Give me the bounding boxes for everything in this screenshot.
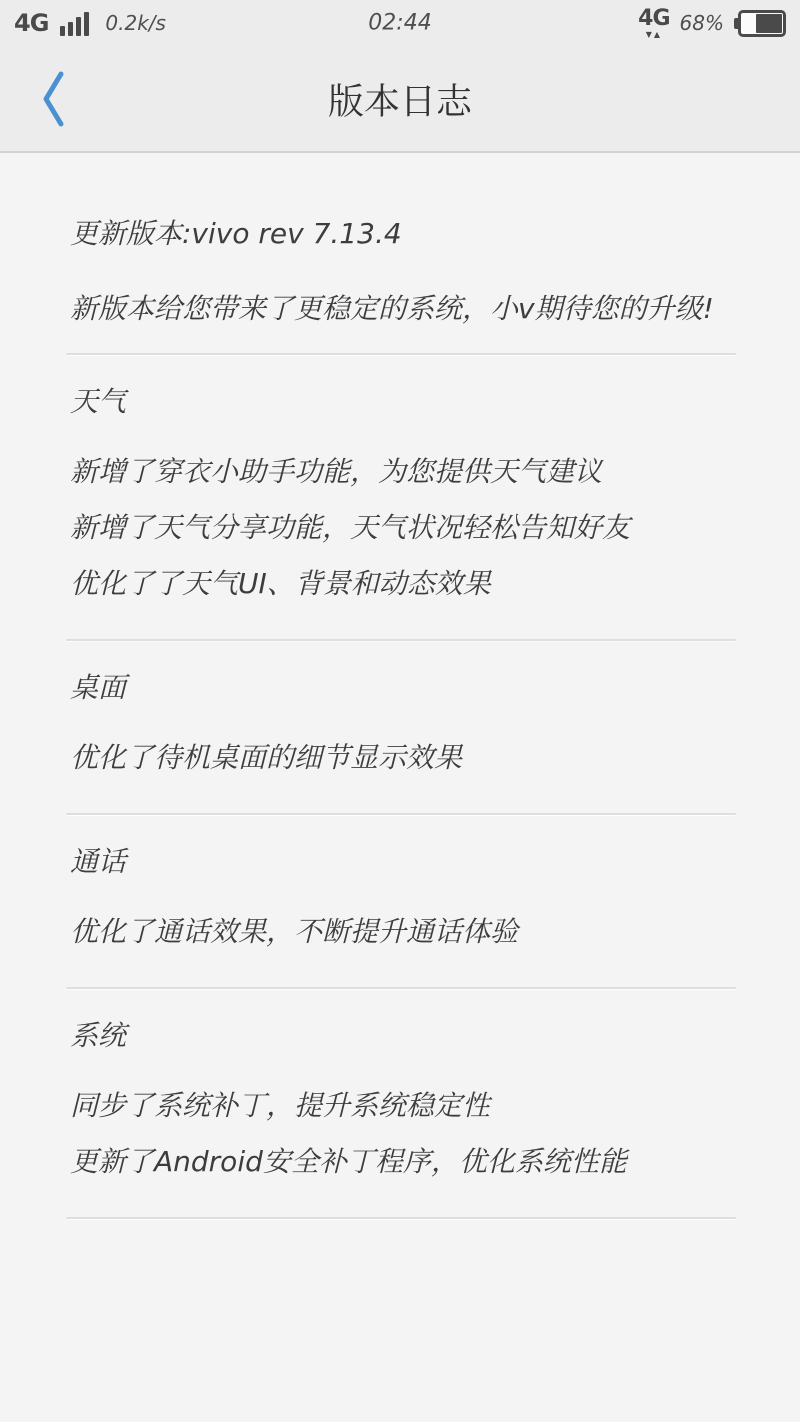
data-traffic-arrows-icon: ▼▲ (646, 31, 662, 39)
section-item: 新增了穿衣小助手功能，为您提供天气建议 (66, 455, 736, 489)
battery-percent-label: 68% (680, 11, 724, 35)
section-item: 优化了通话效果，不断提升通话体验 (66, 915, 736, 949)
mobile-data-indicator: 4G ▼▲ (638, 8, 669, 39)
section-weather: 天气 新增了穿衣小助手功能，为您提供天气建议 新增了天气分享功能，天气状况轻松告… (66, 355, 736, 639)
version-summary-block: 更新版本:vivo rev 7.13.4 新版本给您带来了更稳定的系统，小v期待… (66, 153, 736, 353)
section-item: 更新了Android安全补丁程序，优化系统性能 (66, 1145, 736, 1179)
section-item: 优化了了天气UI、背景和动态效果 (66, 567, 736, 601)
signal-strength-icon (60, 11, 89, 36)
data-network-type-label: 4G (638, 8, 669, 30)
section-title: 天气 (66, 385, 736, 419)
status-bar: 4G 0.2k/s 02:44 4G ▼▲ 68% (0, 0, 800, 46)
section-item: 同步了系统补丁，提升系统稳定性 (66, 1089, 736, 1123)
divider (66, 1217, 736, 1219)
section-system: 系统 同步了系统补丁，提升系统稳定性 更新了Android安全补丁程序，优化系统… (66, 989, 736, 1217)
section-item: 优化了待机桌面的细节显示效果 (66, 741, 736, 775)
status-bar-left: 4G 0.2k/s (14, 9, 166, 37)
changelog-content: 更新版本:vivo rev 7.13.4 新版本给您带来了更稳定的系统，小v期待… (0, 153, 800, 1219)
clock: 02:44 (368, 11, 431, 36)
phone-screen: 4G 0.2k/s 02:44 4G ▼▲ 68% 版本日志 (0, 0, 800, 1422)
version-line: 更新版本:vivo rev 7.13.4 (66, 217, 736, 251)
section-title: 通话 (66, 845, 736, 879)
section-item: 新增了天气分享功能，天气状况轻松告知好友 (66, 511, 736, 545)
title-bar: 版本日志 (0, 46, 800, 153)
battery-fill (756, 14, 782, 33)
section-title: 系统 (66, 1019, 736, 1053)
battery-icon (734, 10, 786, 37)
section-calls: 通话 优化了通话效果，不断提升通话体验 (66, 815, 736, 987)
section-desktop: 桌面 优化了待机桌面的细节显示效果 (66, 641, 736, 813)
section-title: 桌面 (66, 671, 736, 705)
page-title: 版本日志 (328, 73, 472, 124)
status-bar-right: 4G ▼▲ 68% (638, 8, 786, 39)
network-type-label: 4G (14, 9, 48, 37)
chevron-left-icon (39, 69, 67, 129)
back-button[interactable] (30, 66, 76, 132)
intro-line: 新版本给您带来了更稳定的系统，小v期待您的升级! (66, 292, 736, 326)
network-speed-label: 0.2k/s (105, 11, 166, 35)
battery-body (738, 10, 786, 37)
